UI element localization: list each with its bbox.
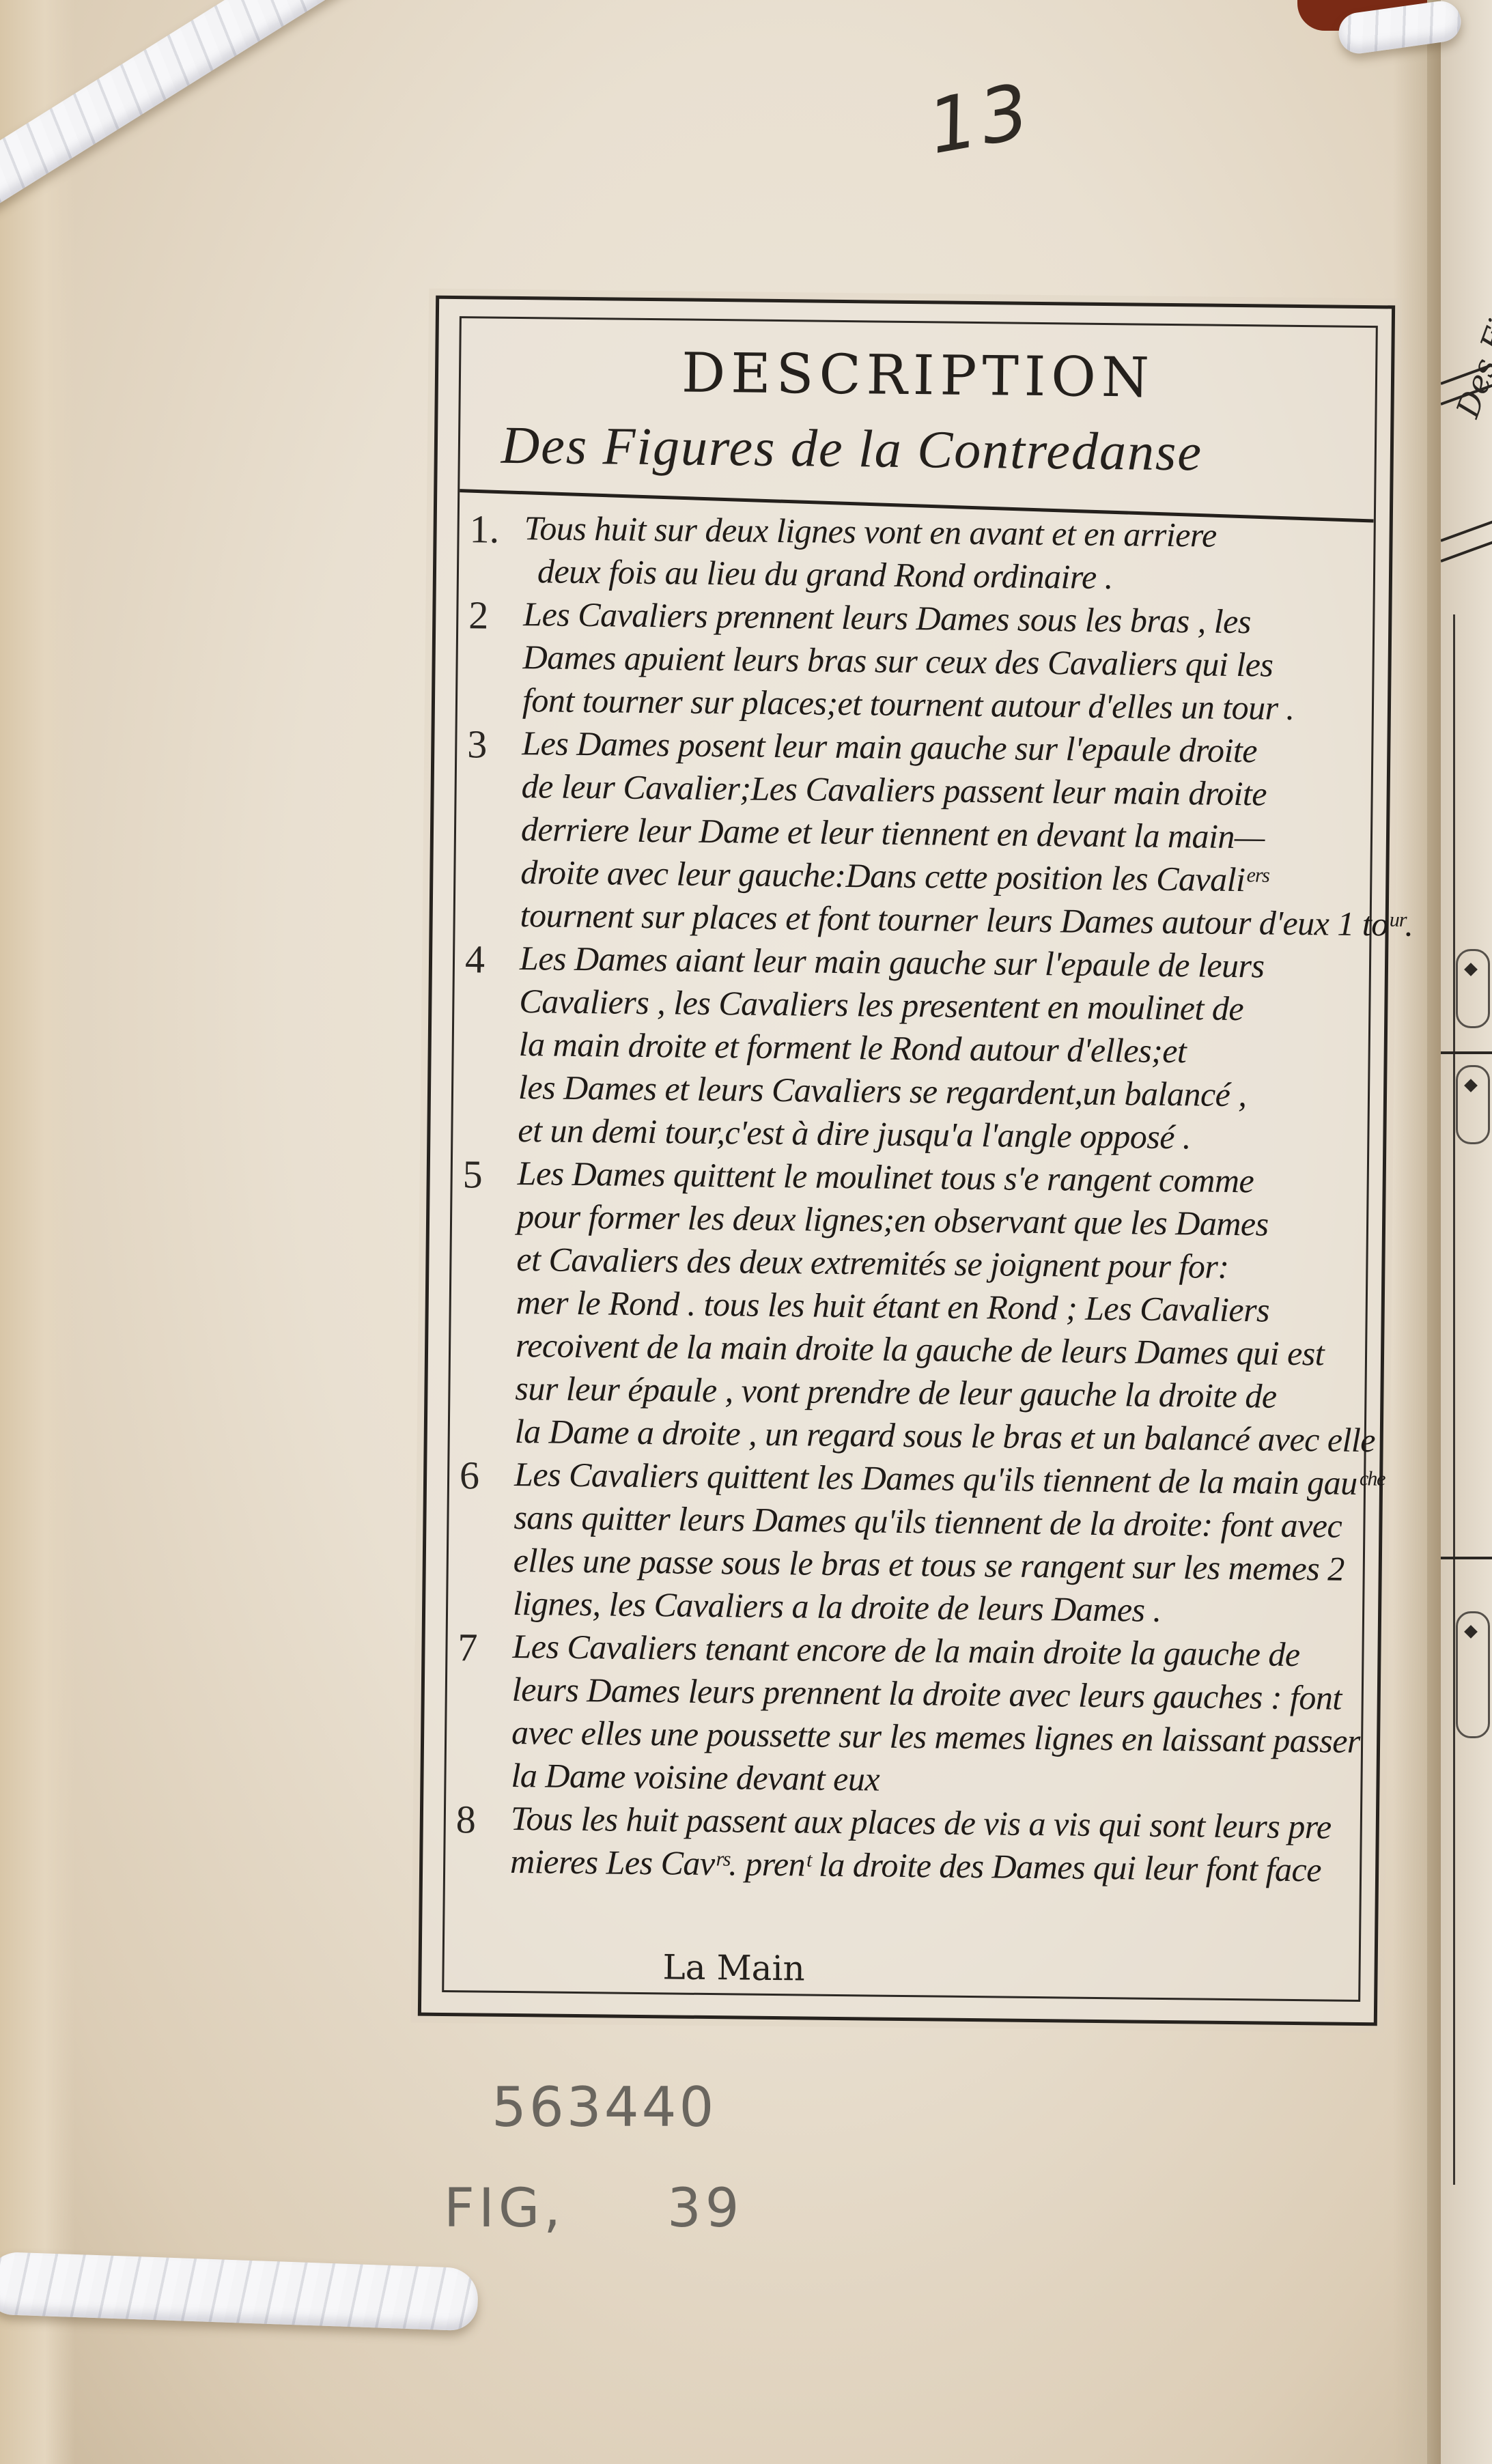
facing-page-edge: Des Fig [1441,0,1492,2464]
engraved-border [1453,614,1455,2185]
figure-number: 4 [465,936,485,982]
handwritten-page-number: 13 [922,67,1039,171]
figure-item-7: 7 Les Cavaliers tenant encore de la main… [446,1624,1355,1806]
figure-text-line: mieres Les Cavʳˢ. prenᵗ la droite des Da… [510,1840,1353,1892]
catchword: La Main [662,1947,805,1988]
figure-item-3: 3 Les Dames posent leur main gauche sur … [455,721,1364,946]
figure-item-8: 8 Tous les huit passent aux places de vi… [445,1796,1353,1892]
figure-number: 2 [468,592,489,638]
figure-number: 7 [458,1624,478,1670]
figure-item-2: 2 Les Cavaliers prennent leurs Dames sou… [458,592,1366,731]
engraved-plate: DESCRIPTION Des Figures de la Contredans… [418,296,1395,2026]
library-shelfmark: 563440 [492,2076,716,2139]
engraved-rule [1441,518,1492,542]
figure-item-4: 4 Les Dames aiant leur main gauche sur l… [453,936,1362,1161]
plate-title: DESCRIPTION [461,339,1376,412]
figure-number: 8 [456,1796,477,1842]
dance-figure-diagram [1456,1065,1490,1144]
figure-reference-label: FIG, [444,2178,565,2239]
figure-number: 3 [467,721,488,767]
figure-item-1: 1. Tous huit sur deux lignes vont en ava… [459,506,1367,601]
figure-item-6: 6 Les Cavaliers quittent les Dames qu'il… [448,1452,1357,1634]
figure-reference-number: 39 [667,2178,743,2239]
figure-number: 6 [460,1452,480,1498]
figure-number: 5 [462,1151,483,1197]
facing-page-title-fragment: Des Fig [1449,295,1492,422]
dance-figure-diagram [1456,1611,1490,1738]
figure-item-5: 5 Les Dames quittent le moulinet tous s'… [449,1151,1360,1462]
figure-descriptions: 1. Tous huit sur deux lignes vont en ava… [445,506,1367,1892]
dance-figure-diagram [1456,949,1490,1028]
plate-inner-border: DESCRIPTION Des Figures de la Contredans… [442,316,1378,2002]
figure-reference: FIG,39 [444,2178,743,2239]
engraved-rule [1441,1557,1492,1559]
plate-subtitle: Des Figures de la Contredanse [501,414,1375,485]
engraved-rule [1441,1051,1492,1054]
engraved-rule [1441,539,1492,563]
figure-number: 1. [469,506,499,552]
